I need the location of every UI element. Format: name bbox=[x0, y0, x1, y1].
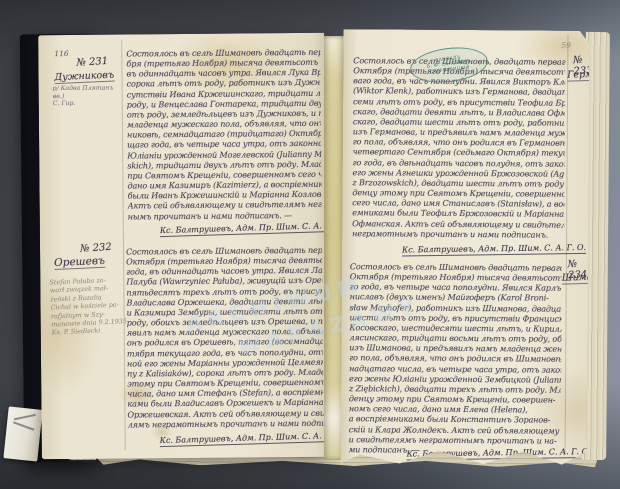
photo-of-register-book: { "watermark": {"line1": "ARCHIWUM", "li… bbox=[0, 0, 620, 489]
bookmark-tab bbox=[3, 406, 42, 461]
entry-231-body: Состоялось въ селѣ Шимановѣ двадцать пер… bbox=[126, 47, 321, 221]
entry-232-body: Состоялось въ селѣ Шимановѣ двадцать пер… bbox=[126, 245, 324, 430]
text-line: р/ Кадва Плятанъ bbox=[53, 85, 114, 93]
page-number-right-pencil: 59 bbox=[561, 41, 571, 50]
entry-232-pencil-note: Stefan Pałuba za-warł związek mał-żeński… bbox=[49, 275, 129, 337]
entry-231-signature: Кс. Балтрушевъ, Адм. Пр. Шим. С. А. Г. О… bbox=[160, 221, 344, 237]
text-line: лямъ неграмотнымъ прочитанъ и нами подпи… bbox=[128, 417, 324, 429]
entry-231-margin-note: р/ Кадва Плятанъвв.)С. Гир. bbox=[53, 85, 114, 108]
entry-231-number: № 231 bbox=[76, 56, 108, 69]
open-register-book: 116 № 231 Дужниковъ р/ Кадва Плятанъвв.)… bbox=[18, 26, 608, 468]
text-line: неграмотнымъ прочитанъ и нами подписанъ. bbox=[352, 228, 564, 240]
entry-232-signature: Кс. Балтрушевъ, Адм. Пр. Шим. С. А. Г. О… bbox=[160, 431, 344, 447]
left-page: 116 № 231 Дужниковъ р/ Кадва Плятанъвв.)… bbox=[38, 33, 328, 459]
entry-233-body: Состоялось въ селѣ Шимановѣ, двадцать пе… bbox=[352, 55, 565, 239]
text-line: нымъ прочитанъ и нами подписанъ. — bbox=[128, 209, 322, 221]
entry-234-body: Состоялось въ селѣ Шимановѣ двадцать пер… bbox=[349, 261, 562, 455]
entry-232-margin-title: Орешевъ bbox=[54, 255, 105, 270]
entry-233-signature: Кс. Балтрушевъ, Адм. Пр. Шим. С. А. Г. О… bbox=[402, 243, 586, 257]
right-page: 59 117. № 233 Германовъ Состоялось въ се… bbox=[340, 29, 589, 465]
text-line: С. Гир. bbox=[53, 100, 114, 108]
text-line: Актъ сей объявляющему и свидѣтелямъ негр… bbox=[128, 199, 322, 211]
entry-231-margin-title: Дужниковъ bbox=[54, 70, 114, 85]
page-number-left: 116 bbox=[54, 49, 68, 58]
entry-232-number: № 232 bbox=[80, 242, 112, 255]
